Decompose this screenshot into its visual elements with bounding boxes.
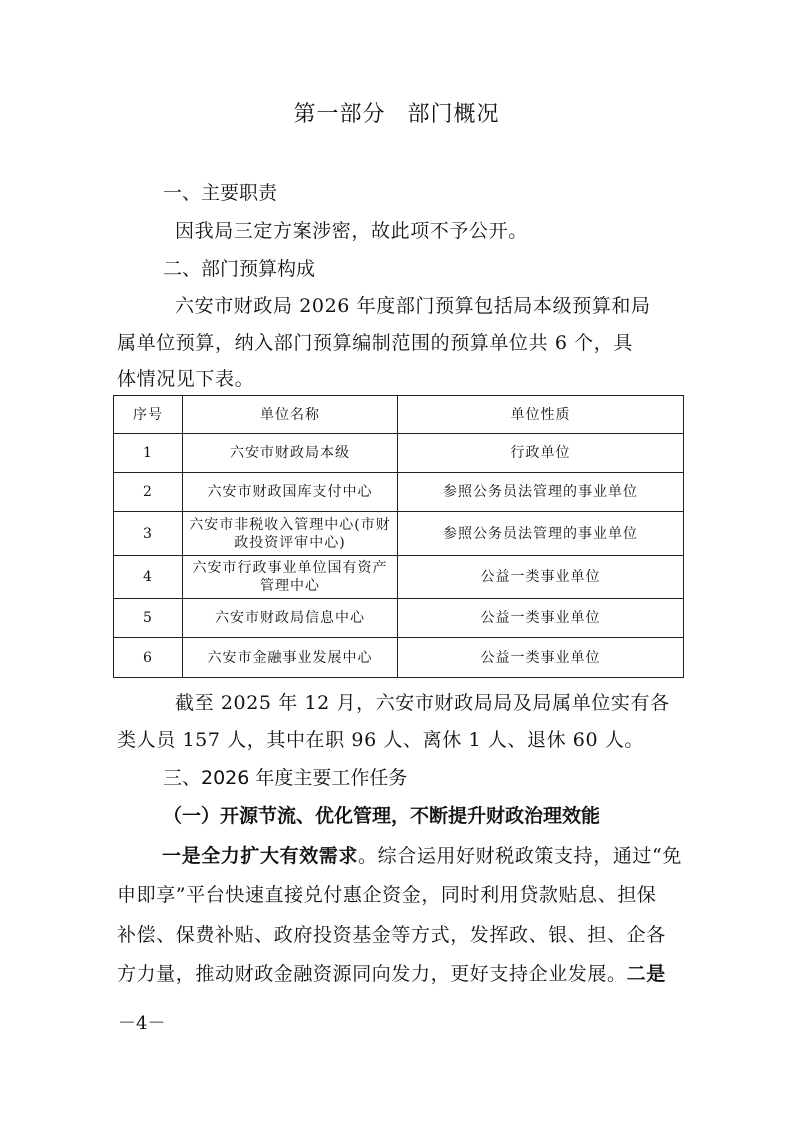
section-1-text: 因我局三定方案涉密，故此项不予公开。 xyxy=(175,218,528,244)
staff-line-1: 截至 2025 年 12 月，六安市财政局局及局属单位实有各 xyxy=(175,690,670,716)
title-name: 部门概况 xyxy=(408,102,500,127)
title-part: 第一部分 xyxy=(293,102,385,127)
cell-nature: 参照公务员法管理的事业单位 xyxy=(398,512,684,556)
cell-nature: 公益一类事业单位 xyxy=(398,556,684,599)
task-line-3: 补偿、保费补贴、政府投资基金等方式，发挥政、银、担、企各 xyxy=(117,922,666,948)
cell-no: 4 xyxy=(114,556,183,599)
cell-no: 1 xyxy=(114,434,183,473)
section-2-line-1: 六安市财政局 2026 年度部门预算包括局本级预算和局 xyxy=(175,293,651,319)
cell-no: 3 xyxy=(114,512,183,556)
header-no: 序号 xyxy=(114,396,183,434)
task-2-label-start: 二是 xyxy=(627,963,666,985)
cell-no: 2 xyxy=(114,473,183,512)
task-line-1-text: 。综合运用好财税政策支持，通过“免 xyxy=(358,845,682,867)
table-row: 3 六安市非税收入管理中心(市财政投资评审中心) 参照公务员法管理的事业单位 xyxy=(114,512,684,556)
cell-nature: 公益一类事业单位 xyxy=(398,638,684,678)
section-3-subheading: （一）开源节流、优化管理，不断提升财政治理效能 xyxy=(163,803,600,829)
task-line-3-text: 补偿、保费补贴、政府投资基金等方式，发挥政、银、担、企各 xyxy=(117,924,666,946)
cell-no: 5 xyxy=(114,599,183,638)
section-2-heading: 二、部门预算构成 xyxy=(163,256,315,282)
staff-line-2: 类人员 157 人，其中在职 96 人、离休 1 人、退休 60 人。 xyxy=(117,727,644,753)
cell-name: 六安市财政国库支付中心 xyxy=(183,473,398,512)
section-2-line-2: 属单位预算，纳入部门预算编制范围的预算单位共 6 个，具 xyxy=(117,330,633,356)
table-row: 1 六安市财政局本级 行政单位 xyxy=(114,434,684,473)
page-number: －4－ xyxy=(118,1012,165,1036)
cell-name: 六安市财政局本级 xyxy=(183,434,398,473)
header-name: 单位名称 xyxy=(183,396,398,434)
section-2-line-3: 体情况见下表。 xyxy=(117,366,254,392)
cell-name: 六安市行政事业单位国有资产管理中心 xyxy=(183,556,398,599)
cell-nature: 行政单位 xyxy=(398,434,684,473)
task-line-1: 一是全力扩大有效需求。综合运用好财税政策支持，通过“免 xyxy=(162,843,682,869)
cell-name: 六安市非税收入管理中心(市财政投资评审中心) xyxy=(183,512,398,556)
section-1-heading: 一、主要职责 xyxy=(163,180,277,206)
table-row: 4 六安市行政事业单位国有资产管理中心 公益一类事业单位 xyxy=(114,556,684,599)
page-title: 第一部分部门概况 xyxy=(0,100,793,130)
task-line-2-text: 申即享”平台快速直接兑付惠企资金，同时利用贷款贴息、担保 xyxy=(117,884,657,906)
cell-name: 六安市金融事业发展中心 xyxy=(183,638,398,678)
task-line-4: 方力量，推动财政金融资源同向发力，更好支持企业发展。二是 xyxy=(117,961,666,987)
cell-no: 6 xyxy=(114,638,183,678)
cell-nature: 参照公务员法管理的事业单位 xyxy=(398,473,684,512)
cell-nature: 公益一类事业单位 xyxy=(398,599,684,638)
task-line-4-text: 方力量，推动财政金融资源同向发力，更好支持企业发展。 xyxy=(117,963,627,985)
table-header-row: 序号 单位名称 单位性质 xyxy=(114,396,684,434)
task-line-2: 申即享”平台快速直接兑付惠企资金，同时利用贷款贴息、担保 xyxy=(117,882,657,908)
cell-name: 六安市财政局信息中心 xyxy=(183,599,398,638)
table-row: 2 六安市财政国库支付中心 参照公务员法管理的事业单位 xyxy=(114,473,684,512)
table-row: 6 六安市金融事业发展中心 公益一类事业单位 xyxy=(114,638,684,678)
header-nature: 单位性质 xyxy=(398,396,684,434)
task-1-label: 一是全力扩大有效需求 xyxy=(162,845,358,867)
budget-units-table: 序号 单位名称 单位性质 1 六安市财政局本级 行政单位 2 六安市财政国库支付… xyxy=(113,395,684,678)
table-row: 5 六安市财政局信息中心 公益一类事业单位 xyxy=(114,599,684,638)
section-3-heading: 三、2026 年度主要工作任务 xyxy=(163,765,407,791)
